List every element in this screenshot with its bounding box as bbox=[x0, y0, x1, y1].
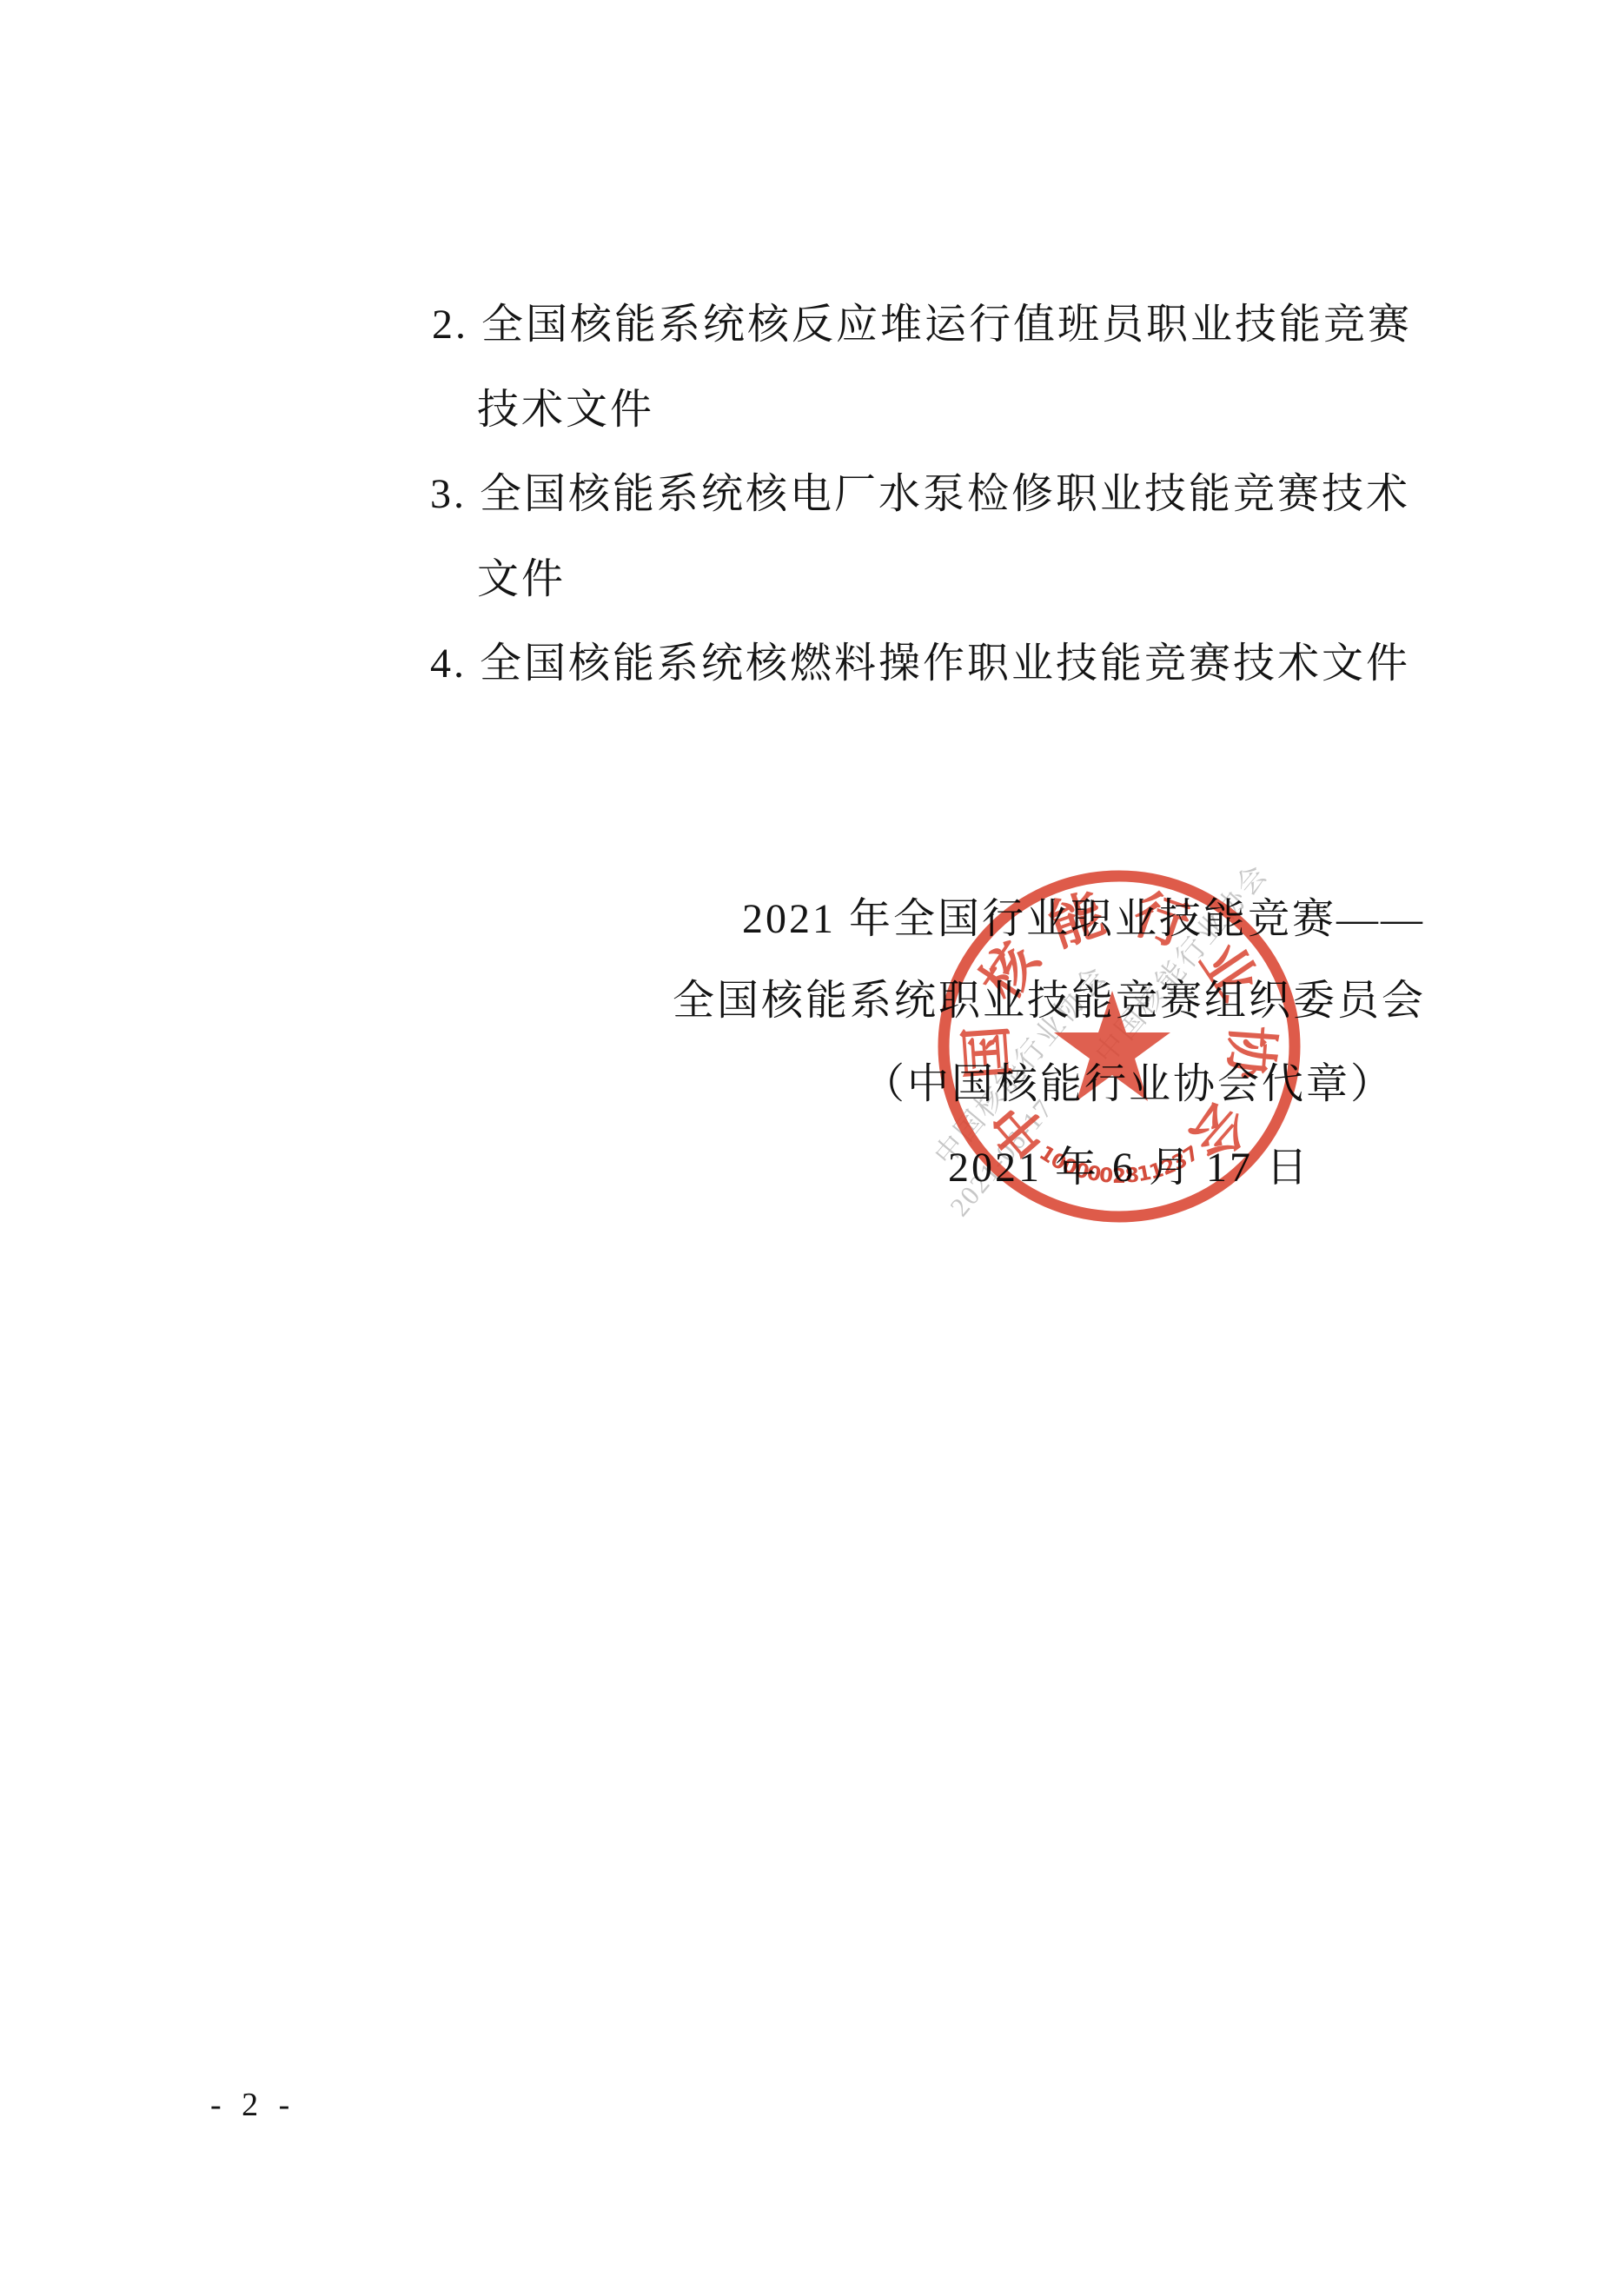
list-item-4-line1: 4. 全国核能系统核燃料操作职业技能竞赛技术文件 bbox=[430, 640, 1410, 687]
list-item-2-line2: 技术文件 bbox=[477, 386, 654, 434]
signature-line-competition: 2021 年全国行业职业技能竞赛—— bbox=[742, 895, 1425, 943]
document-page: 2. 全国核能系统核反应堆运行值班员职业技能竞赛 技术文件 3. 全国核能系统核… bbox=[0, 0, 1624, 2277]
list-item-3-line1: 3. 全国核能系统核电厂水泵检修职业技能竞赛技术 bbox=[430, 470, 1410, 518]
signature-line-committee: 全国核能系统职业技能竞赛组织委员会 bbox=[673, 977, 1426, 1025]
watermark-org-text-repeat: 中国核能行业协会 bbox=[1084, 853, 1276, 1072]
page-number: - 2 - bbox=[210, 2086, 295, 2124]
signature-line-association: （中国核能行业协会代章） bbox=[863, 1060, 1395, 1108]
list-item-3-line2: 文件 bbox=[477, 555, 566, 603]
signature-date: 2021 年 6 月 17 日 bbox=[948, 1144, 1310, 1192]
list-item-2-line1: 2. 全国核能系统核反应堆运行值班员职业技能竞赛 bbox=[432, 301, 1412, 349]
